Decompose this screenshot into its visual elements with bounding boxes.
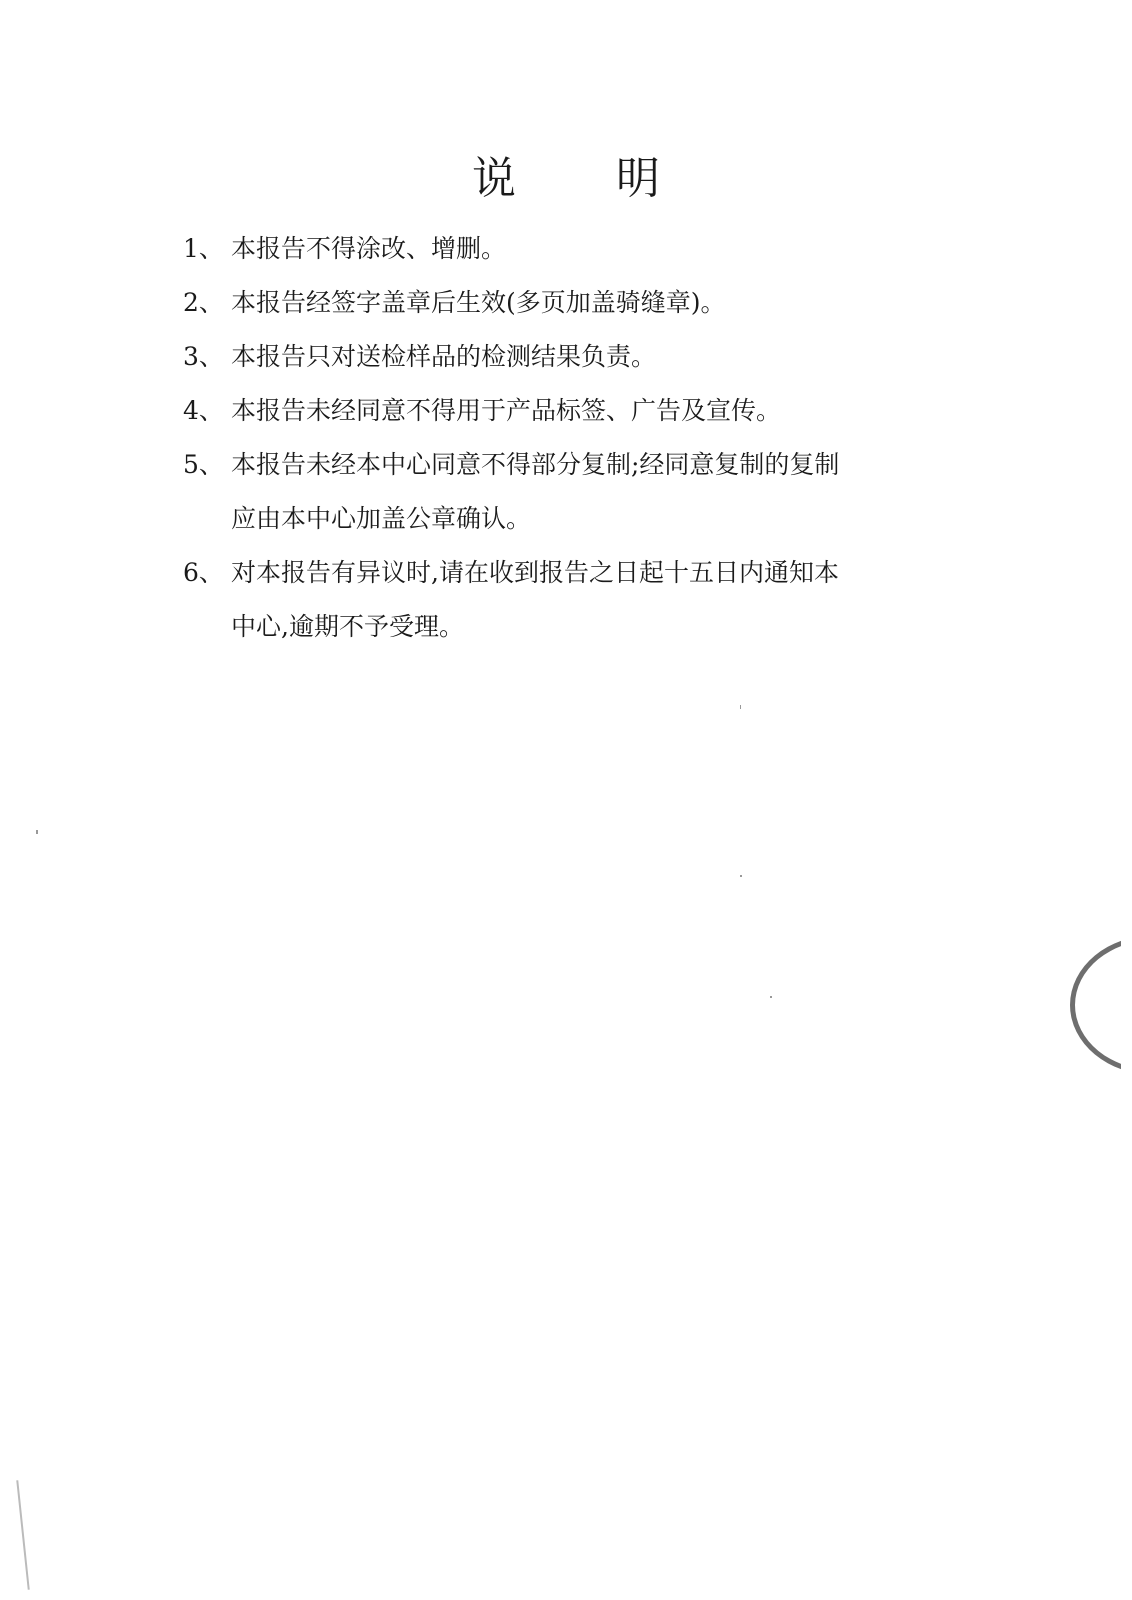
- note-item-6: 6、 对本报告有异议时,请在收到报告之日起十五日内通知本 中心,逾期不予受理。: [183, 546, 973, 654]
- note-number: 3、: [183, 330, 231, 384]
- note-item-3: 3、 本报告只对送检样品的检测结果负责。: [183, 330, 973, 384]
- notes-list: 1、 本报告不得涂改、增删。 2、 本报告经签字盖章后生效(多页加盖骑缝章)。 …: [183, 222, 973, 654]
- note-item-5: 5、 本报告未经本中心同意不得部分复制;经同意复制的复制 应由本中心加盖公章确认…: [183, 438, 973, 546]
- note-item-2: 2、 本报告经签字盖章后生效(多页加盖骑缝章)。: [183, 276, 973, 330]
- note-text: 对本报告有异议时,请在收到报告之日起十五日内通知本: [231, 546, 973, 600]
- note-number: 2、: [183, 276, 231, 330]
- title-char-1: 说: [472, 142, 516, 206]
- note-text-continued: 应由本中心加盖公章确认。: [231, 492, 973, 546]
- note-text: 本报告经签字盖章后生效(多页加盖骑缝章)。: [231, 276, 973, 330]
- scan-speck: [36, 830, 38, 834]
- scan-speck: [770, 996, 772, 998]
- note-number: 4、: [183, 384, 231, 438]
- note-number: 5、: [183, 438, 231, 546]
- note-text: 本报告未经同意不得用于产品标签、广告及宣传。: [231, 384, 973, 438]
- page-title: 说明: [0, 142, 1132, 206]
- partial-seal-stamp-icon: [1070, 935, 1132, 1075]
- note-item-4: 4、 本报告未经同意不得用于产品标签、广告及宣传。: [183, 384, 973, 438]
- note-item-1: 1、 本报告不得涂改、增删。: [183, 222, 973, 276]
- note-text: 本报告不得涂改、增删。: [231, 222, 973, 276]
- scan-edge-mark: [16, 1480, 29, 1590]
- scan-speck: [740, 875, 742, 877]
- note-text: 本报告未经本中心同意不得部分复制;经同意复制的复制: [231, 438, 973, 492]
- title-char-2: 明: [616, 142, 660, 206]
- scan-speck: [740, 705, 741, 709]
- note-number: 6、: [183, 546, 231, 654]
- note-text: 本报告只对送检样品的检测结果负责。: [231, 330, 973, 384]
- note-number: 1、: [183, 222, 231, 276]
- note-text-continued: 中心,逾期不予受理。: [231, 600, 973, 654]
